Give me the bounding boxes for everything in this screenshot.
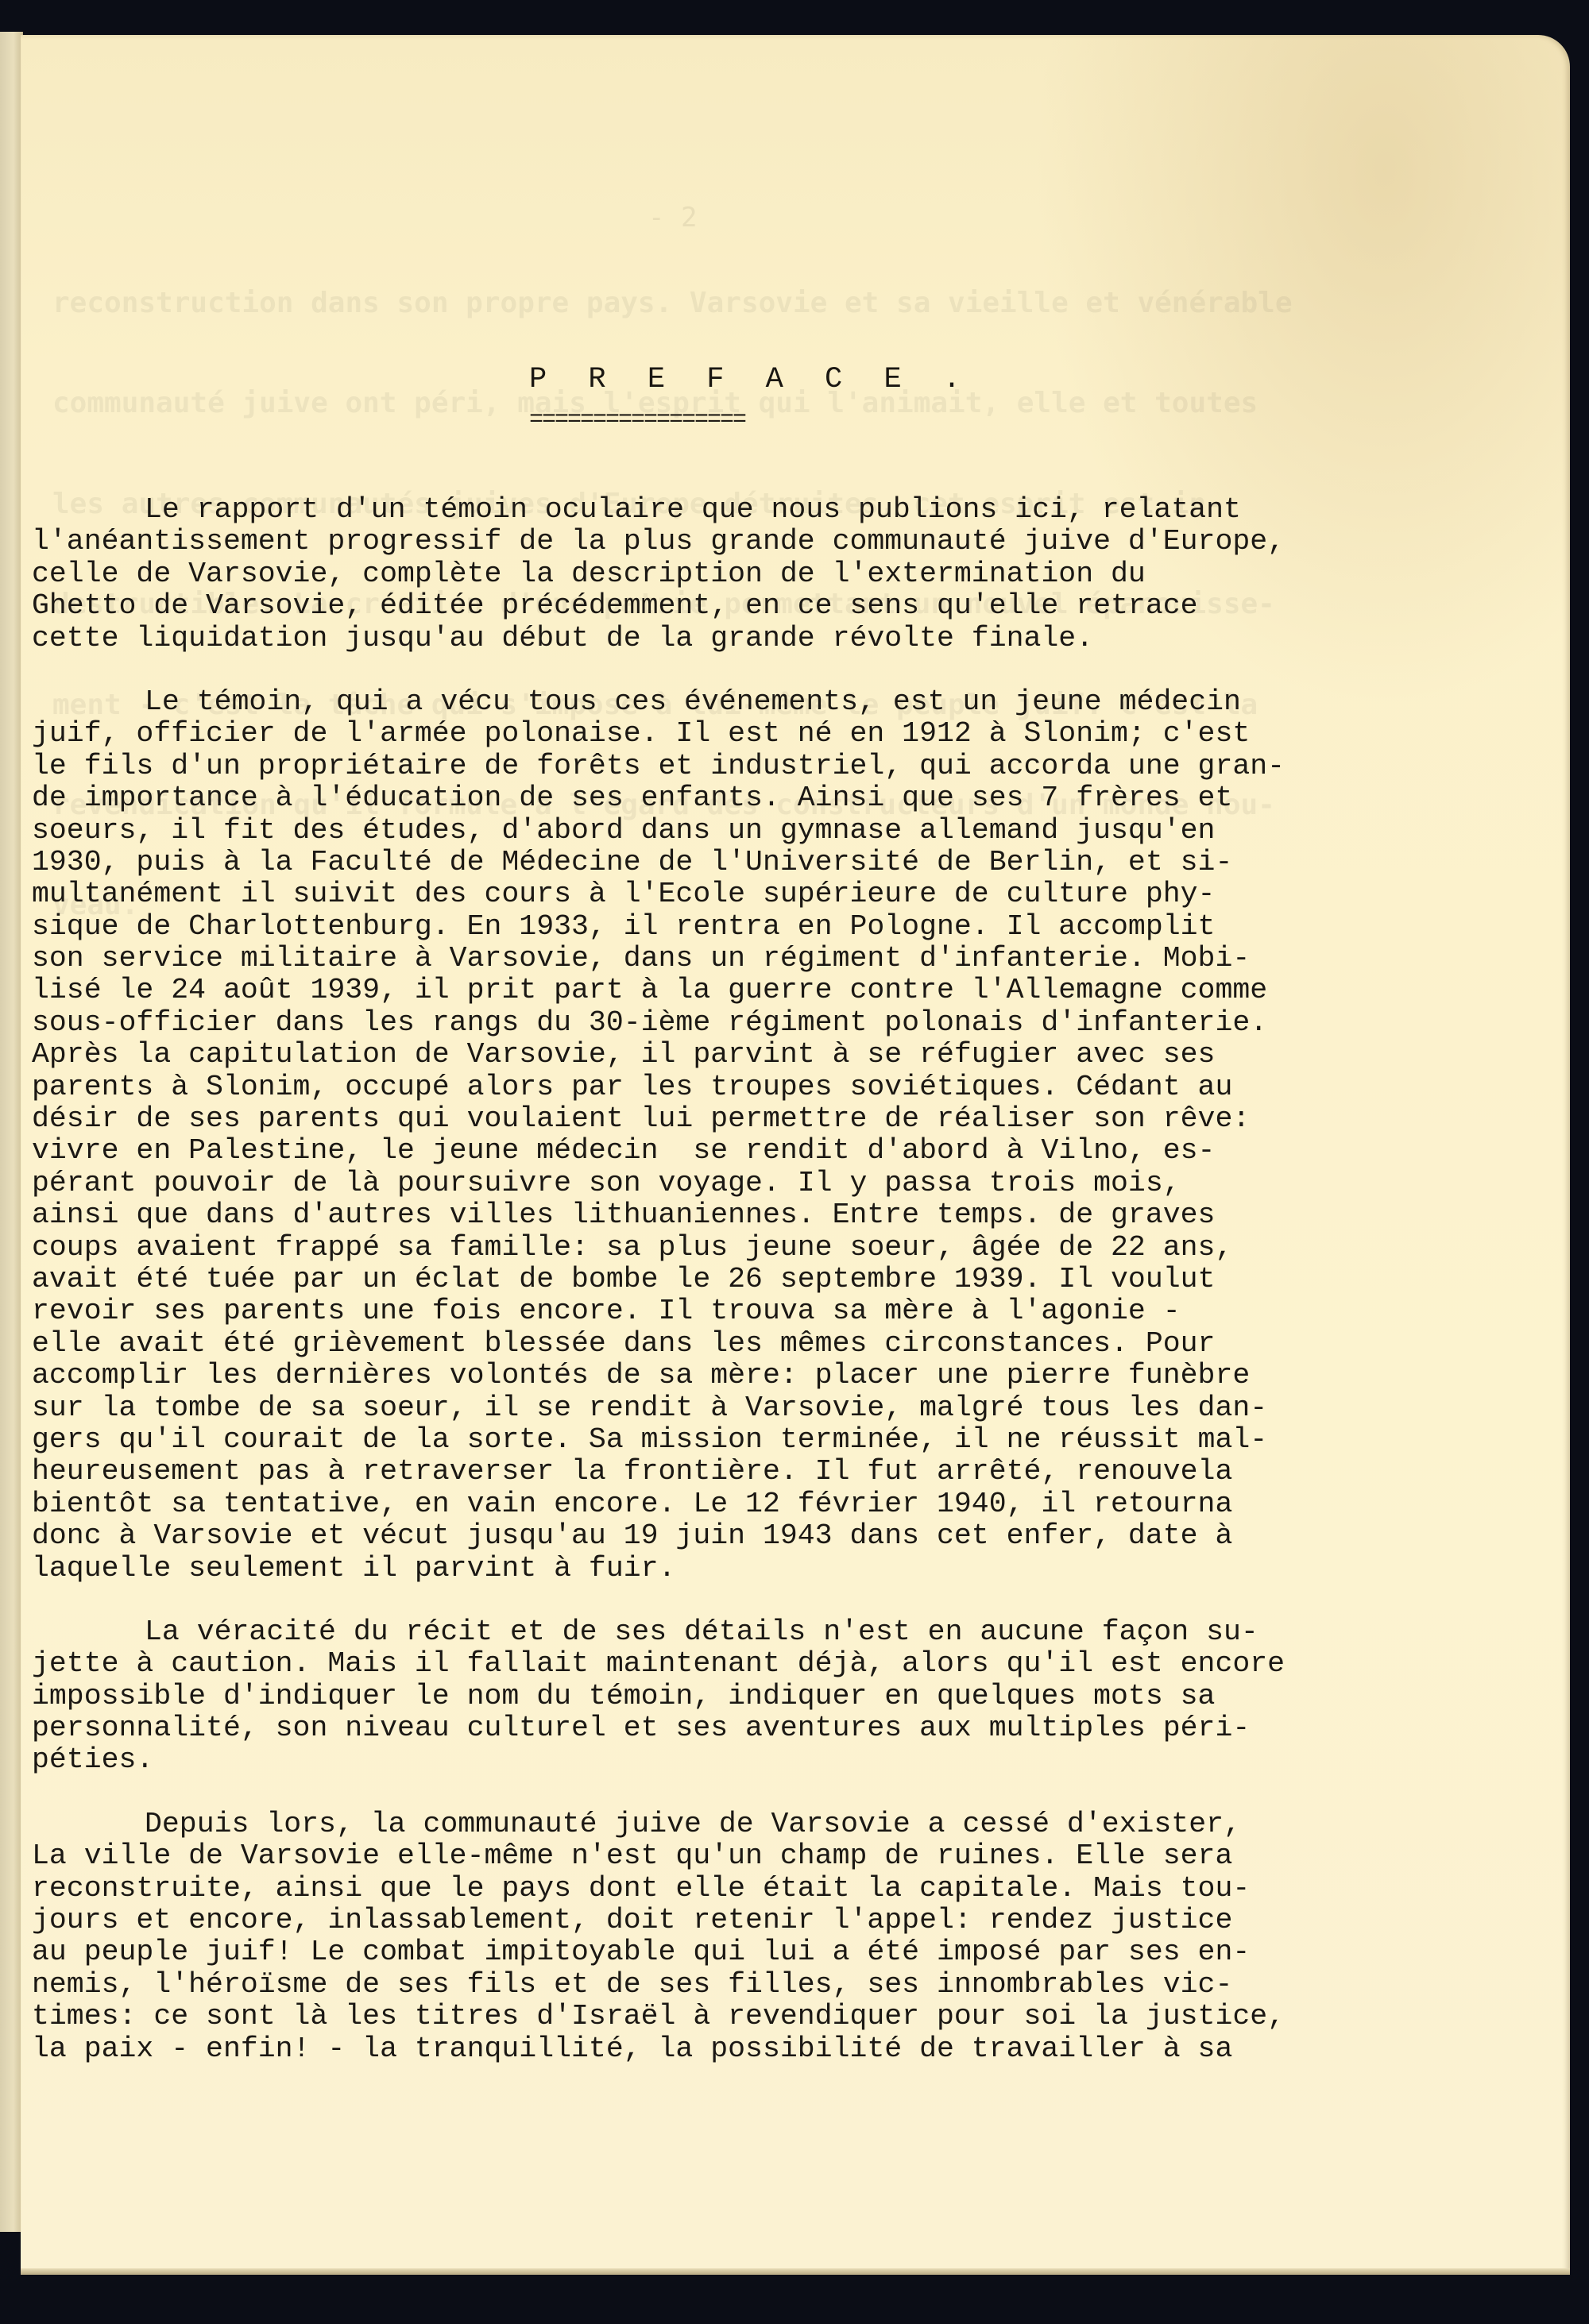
- text-line: jette à caution. Mais il fallait mainten…: [32, 1648, 1533, 1680]
- text-line: impossible d'indiquer le nom du témoin, …: [32, 1681, 1533, 1712]
- text-line: nemis, l'héroïsme de ses fils et de ses …: [32, 1969, 1533, 2001]
- text-line: soeurs, il fit des études, d'abord dans …: [32, 815, 1533, 847]
- text-line: le fils d'un propriétaire de forêts et i…: [32, 751, 1533, 782]
- text-line: 1930, puis à la Faculté de Médecine de l…: [32, 847, 1533, 878]
- text-line: coups avaient frappé sa famille: sa plus…: [32, 1232, 1533, 1264]
- text-line: ainsi que dans d'autres villes lithuanie…: [32, 1199, 1533, 1231]
- text-line: sous-officier dans les rangs du 30-ième …: [32, 1007, 1533, 1039]
- page-title: P R E F A C E .: [529, 363, 972, 396]
- bleed-through-page-number: - 2: [648, 202, 697, 234]
- paragraph-4: Depuis lors, la communauté juive de Vars…: [32, 1809, 1533, 2065]
- text-line: laquelle seulement il parvint à fuir.: [32, 1553, 1533, 1585]
- scanned-document: - 2 reconstruction dans son propre pays.…: [0, 0, 1589, 2324]
- text-line: péties.: [32, 1744, 1533, 1776]
- text-line: parents à Slonim, occupé alors par les t…: [32, 1071, 1533, 1103]
- text-line: pérant pouvoir de là poursuivre son voya…: [32, 1168, 1533, 1199]
- text-line: désir de ses parents qui voulaient lui p…: [32, 1103, 1533, 1135]
- text-line: lisé le 24 août 1939, il prit part à la …: [32, 975, 1533, 1006]
- previous-page-edge: [0, 32, 23, 2232]
- text-line: vivre en Palestine, le jeune médecin se …: [32, 1135, 1533, 1167]
- text-line: Le rapport d'un témoin oculaire que nous…: [32, 494, 1533, 526]
- text-line: gers qu'il courait de la sorte. Sa missi…: [32, 1424, 1533, 1456]
- text-line: cette liquidation jusqu'au début de la g…: [32, 623, 1533, 654]
- text-line: avait été tuée par un éclat de bombe le …: [32, 1264, 1533, 1295]
- text-line: Ghetto de Varsovie, éditée précédemment,…: [32, 590, 1533, 622]
- text-line: elle avait été grièvement blessée dans l…: [32, 1328, 1533, 1360]
- paragraph-3: La véracité du récit et de ses détails n…: [32, 1616, 1533, 1777]
- text-line: heureusement pas à retraverser la fronti…: [32, 1456, 1533, 1488]
- text-line: celle de Varsovie, complète la descripti…: [32, 558, 1533, 590]
- text-line: Le témoin, qui a vécu tous ces événement…: [32, 686, 1533, 718]
- text-line: de importance à l'éducation de ses enfan…: [32, 782, 1533, 814]
- paragraph-1: Le rapport d'un témoin oculaire que nous…: [32, 494, 1533, 654]
- text-line: juif, officier de l'armée polonaise. Il …: [32, 718, 1533, 750]
- text-line: Depuis lors, la communauté juive de Vars…: [32, 1809, 1533, 1840]
- body-text: Le rapport d'un témoin oculaire que nous…: [32, 494, 1533, 2097]
- text-line: revoir ses parents une fois encore. Il t…: [32, 1295, 1533, 1327]
- paragraph-2: Le témoin, qui a vécu tous ces événement…: [32, 686, 1533, 1585]
- text-line: accomplir les dernières volontés de sa m…: [32, 1360, 1533, 1392]
- text-line: sur la tombe de sa soeur, il se rendit à…: [32, 1392, 1533, 1424]
- text-line: l'anéantissement progressif de la plus g…: [32, 526, 1533, 558]
- text-line: son service militaire à Varsovie, dans u…: [32, 943, 1533, 975]
- bleed-through-line: reconstruction dans son propre pays. Var…: [52, 286, 1546, 318]
- title-underline: =================: [529, 408, 745, 432]
- text-line: la paix - enfin! - la tranquillité, la p…: [32, 2033, 1533, 2065]
- text-line: personnalité, son niveau culturel et ses…: [32, 1712, 1533, 1744]
- text-line: La véracité du récit et de ses détails n…: [32, 1616, 1533, 1648]
- text-line: Après la capitulation de Varsovie, il pa…: [32, 1039, 1533, 1071]
- text-line: au peuple juif! Le combat impitoyable qu…: [32, 1936, 1533, 1968]
- text-line: bientôt sa tentative, en vain encore. Le…: [32, 1488, 1533, 1520]
- text-line: La ville de Varsovie elle-même n'est qu'…: [32, 1840, 1533, 1872]
- text-line: times: ce sont là les titres d'Israël à …: [32, 2001, 1533, 2033]
- typewritten-page: - 2 reconstruction dans son propre pays.…: [21, 35, 1570, 2275]
- text-line: jours et encore, inlassablement, doit re…: [32, 1905, 1533, 1936]
- text-line: multanément il suivit des cours à l'Ecol…: [32, 878, 1533, 910]
- text-line: reconstruite, ainsi que le pays dont ell…: [32, 1873, 1533, 1905]
- text-line: donc à Varsovie et vécut jusqu'au 19 jui…: [32, 1520, 1533, 1552]
- text-line: sique de Charlottenburg. En 1933, il ren…: [32, 911, 1533, 943]
